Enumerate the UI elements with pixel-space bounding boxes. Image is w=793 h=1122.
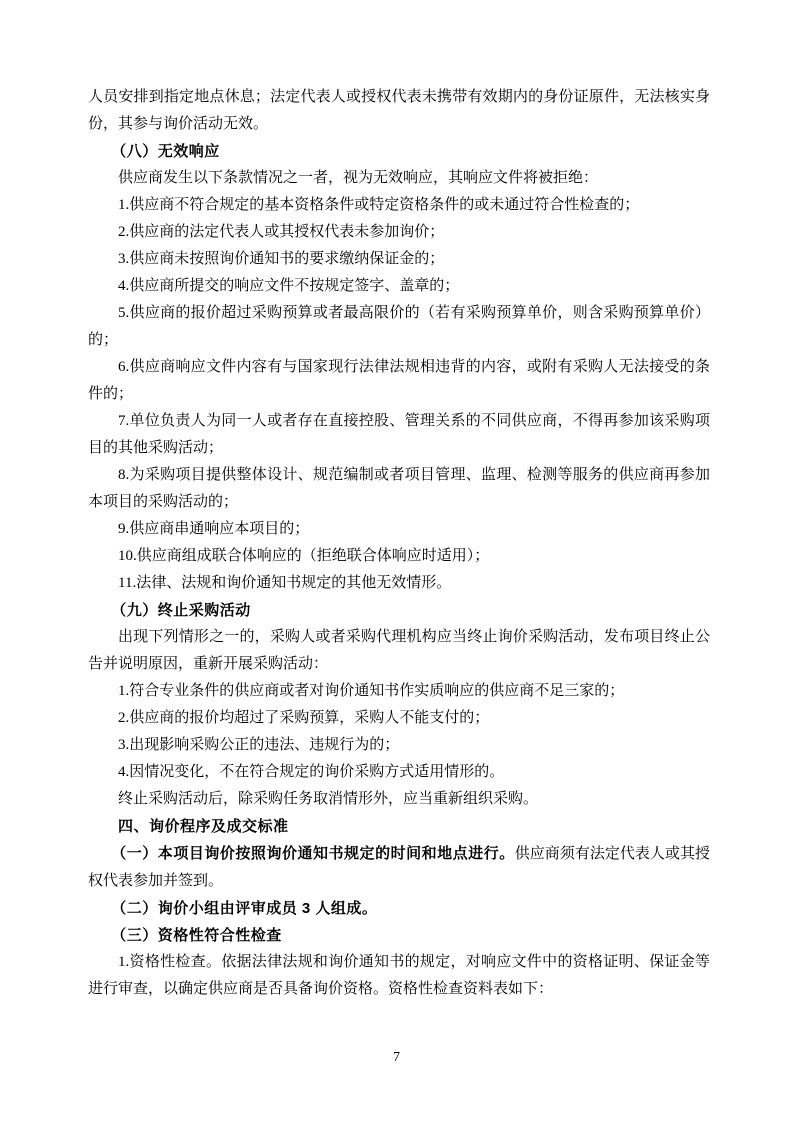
text-run: 人员安排到指定地点休息；法定代表人或授权代表未携带有效期内的身份证原件，无法核实… [88, 89, 710, 132]
text-run: 3.供应商未按照询价通知书的要求缴纳保证金的； [118, 251, 444, 267]
text-run: 1.资格性检查。依据法律法规和询价通知书的规定，对响应文件中的资格证明、保证金等… [88, 954, 710, 997]
heading-section-4-procedure: 四、询价程序及成交标准 [88, 813, 710, 840]
list-item-2: 2.供应商的法定代表人或其授权代表未参加询价； [88, 219, 710, 246]
heading-procedure-2-panel: （二）询价小组由评审成员 3 人组成。 [88, 895, 710, 922]
bold-text-run: （九）终止采购活动 [111, 602, 251, 619]
bold-text-run: （三）资格性符合性检查 [111, 927, 282, 944]
text-run: 1.供应商不符合规定的基本资格条件或特定资格条件的或未通过符合性检查的； [118, 197, 639, 213]
list-item-11: 11.法律、法规和询价通知书规定的其他无效情形。 [88, 570, 710, 597]
text-run: 10.供应商组成联合体响应的（拒绝联合体响应时适用）； [118, 548, 489, 564]
text-run: 出现下列情形之一的，采购人或者采购代理机构应当终止询价采购活动，发布项目终止公告… [88, 629, 710, 672]
list-item-1: 1.供应商不符合规定的基本资格条件或特定资格条件的或未通过符合性检查的； [88, 192, 710, 219]
list-item-10: 10.供应商组成联合体响应的（拒绝联合体响应时适用）； [88, 543, 710, 570]
text-run: 11.法律、法规和询价通知书规定的其他无效情形。 [118, 575, 451, 591]
para-qualification-check: 1.资格性检查。依据法律法规和询价通知书的规定，对响应文件中的资格证明、保证金等… [88, 949, 710, 1003]
text-run: 4.因情况变化，不在符合规定的询价采购方式适用情形的。 [118, 764, 504, 780]
text-run: 5.供应商的报价超过采购预算或者最高限价的（若有采购预算单价，则含采购预算单价）… [88, 305, 710, 348]
text-run: 2.供应商的法定代表人或其授权代表未参加询价； [118, 224, 444, 240]
text-run: 供应商发生以下条款情况之一者，视为无效响应，其响应文件将被拒绝： [118, 170, 598, 186]
list-item-9: 9.供应商串通响应本项目的； [88, 516, 710, 543]
terminate-item-4: 4.因情况变化，不在符合规定的询价采购方式适用情形的。 [88, 759, 710, 786]
para-terminate-closing: 终止采购活动后，除采购任务取消情形外，应当重新组织采购。 [88, 786, 710, 813]
terminate-item-3: 3.出现影响采购公正的违法、违规行为的； [88, 732, 710, 759]
para-procedure-1: （一）本项目询价按照询价通知书规定的时间和地点进行。供应商须有法定代表人或其授权… [88, 840, 710, 895]
document-page: 人员安排到指定地点休息；法定代表人或授权代表未携带有效期内的身份证原件，无法核实… [0, 0, 793, 1122]
bold-text-run: （一）本项目询价按照询价通知书规定的时间和地点进行。 [111, 845, 515, 862]
list-item-7: 7.单位负责人为同一人或者存在直接控股、管理关系的不同供应商，不得再参加该采购项… [88, 408, 710, 462]
terminate-item-1: 1.符合专业条件的供应商或者对询价通知书作实质响应的供应商不足三家的； [88, 678, 710, 705]
text-run: 3.出现影响采购公正的违法、违规行为的； [118, 737, 399, 753]
heading-section-9-terminate: （九）终止采购活动 [88, 597, 710, 624]
terminate-item-2: 2.供应商的报价均超过了采购预算，采购人不能支付的； [88, 705, 710, 732]
list-item-3: 3.供应商未按照询价通知书的要求缴纳保证金的； [88, 246, 710, 273]
text-run: 7.单位负责人为同一人或者存在直接控股、管理关系的不同供应商，不得再参加该采购项… [88, 413, 710, 456]
bold-text-run: 四、询价程序及成交标准 [118, 818, 289, 835]
text-run: 2.供应商的报价均超过了采购预算，采购人不能支付的； [118, 710, 489, 726]
text-run: 6.供应商响应文件内容有与国家现行法律法规相违背的内容，或附有采购人无法接受的条… [88, 359, 710, 402]
para-invalid-response-intro: 供应商发生以下条款情况之一者，视为无效响应，其响应文件将被拒绝： [88, 165, 710, 192]
document-body: 人员安排到指定地点休息；法定代表人或授权代表未携带有效期内的身份证原件，无法核实… [88, 84, 710, 1003]
list-item-5: 5.供应商的报价超过采购预算或者最高限价的（若有采购预算单价，则含采购预算单价）… [88, 300, 710, 354]
bold-text-run: （二）询价小组由评审成员 3 人组成。 [111, 900, 377, 917]
list-item-4: 4.供应商所提交的响应文件不按规定签字、盖章的； [88, 273, 710, 300]
text-run: 4.供应商所提交的响应文件不按规定签字、盖章的； [118, 278, 459, 294]
page-number: 7 [0, 1050, 793, 1066]
para-terminate-intro: 出现下列情形之一的，采购人或者采购代理机构应当终止询价采购活动，发布项目终止公告… [88, 624, 710, 678]
text-run: 终止采购活动后，除采购任务取消情形外，应当重新组织采购。 [118, 791, 538, 807]
list-item-6: 6.供应商响应文件内容有与国家现行法律法规相违背的内容，或附有采购人无法接受的条… [88, 354, 710, 408]
para-carryover-identity: 人员安排到指定地点休息；法定代表人或授权代表未携带有效期内的身份证原件，无法核实… [88, 84, 710, 138]
bold-text-run: （八）无效响应 [111, 143, 220, 160]
list-item-8: 8.为采购项目提供整体设计、规范编制或者项目管理、监理、检测等服务的供应商再参加… [88, 462, 710, 516]
heading-procedure-3-qualification: （三）资格性符合性检查 [88, 922, 710, 949]
heading-section-8-invalid-response: （八）无效响应 [88, 138, 710, 165]
text-run: 1.符合专业条件的供应商或者对询价通知书作实质响应的供应商不足三家的； [118, 683, 624, 699]
text-run: 8.为采购项目提供整体设计、规范编制或者项目管理、监理、检测等服务的供应商再参加… [88, 467, 710, 510]
text-run: 9.供应商串通响应本项目的； [118, 521, 309, 537]
